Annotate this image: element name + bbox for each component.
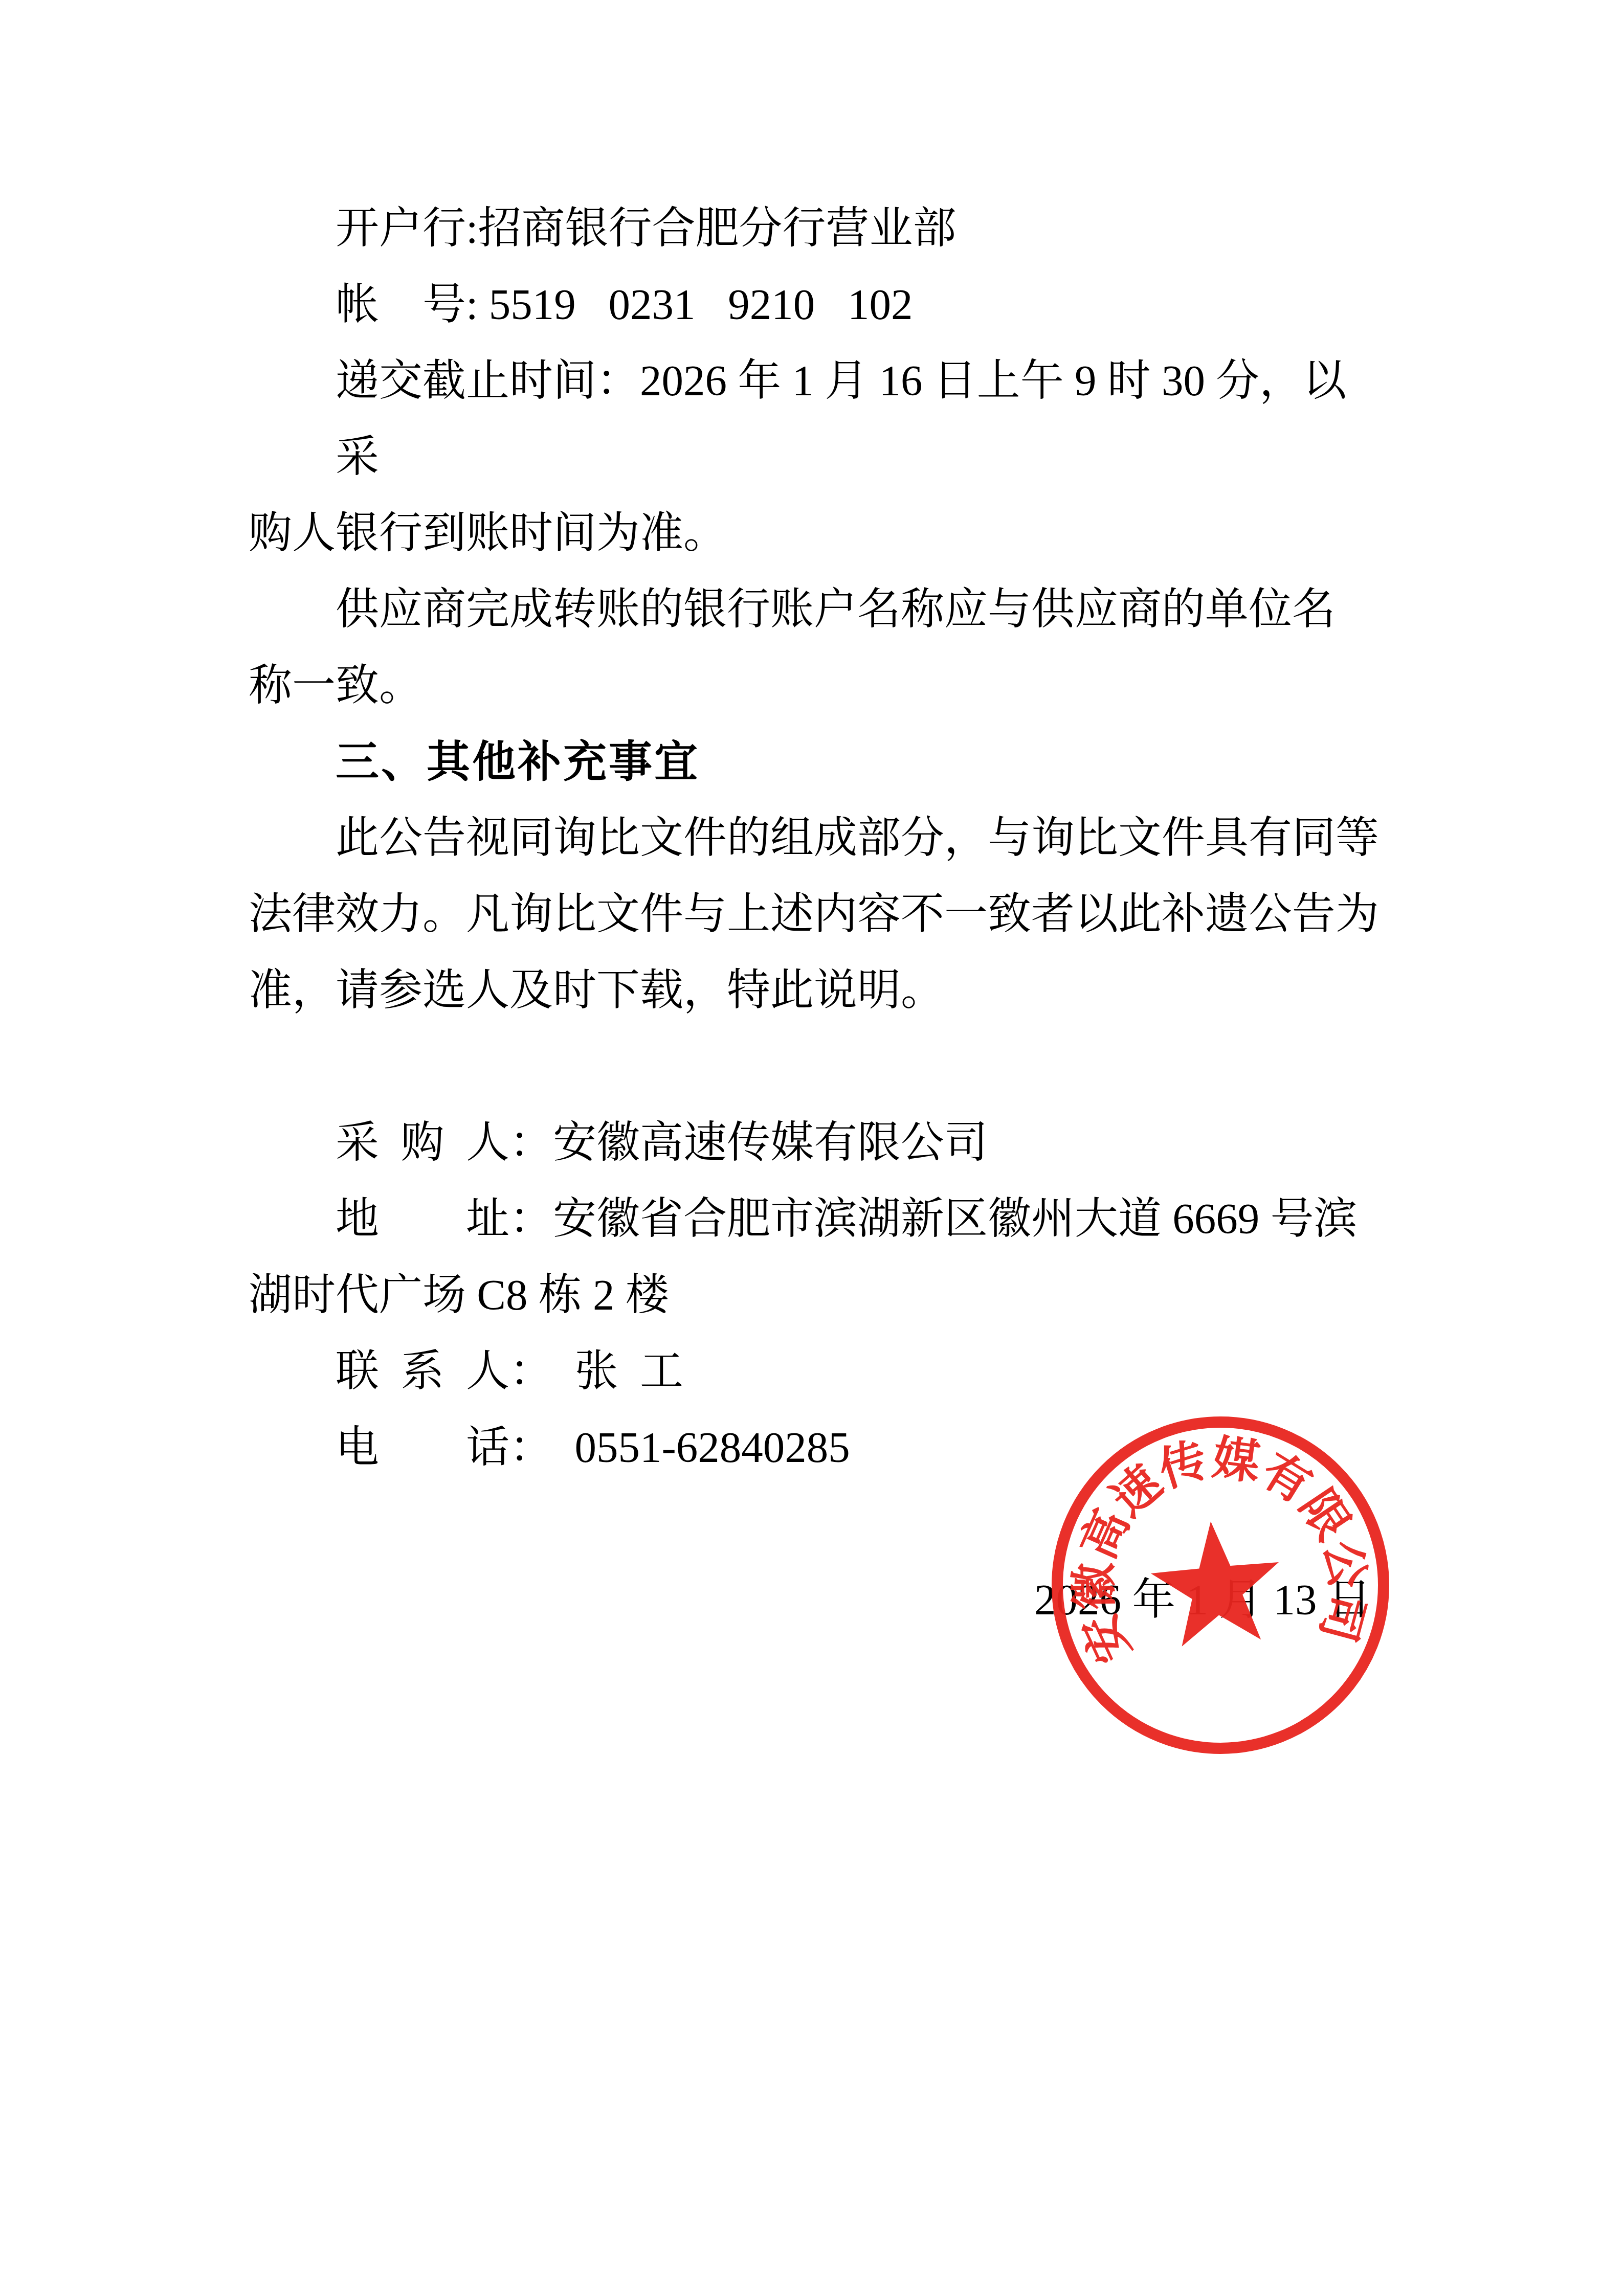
text-line-supplier-1: 供应商完成转账的银行账户名称应与供应商的单位名	[249, 572, 1389, 648]
seal-char: 公	[1315, 1537, 1374, 1592]
text-line-bank-name: 开户行:招商银行合肥分行营业部	[249, 191, 1389, 267]
text-line-notice-2: 法律效力。凡询比文件与上述内容不一致者以此补遗公告为	[249, 876, 1389, 953]
document-page: 开户行:招商银行合肥分行营业部 帐 号: 5519 0231 9210 102 …	[0, 0, 1624, 2296]
seal-char: 媒	[1210, 1432, 1263, 1490]
text-line-contact: 联 系 人： 张 工	[249, 1334, 1389, 1410]
text-line-address-1: 地 址：安徽省合肥市滨湖新区徽州大道 6669 号滨	[249, 1181, 1389, 1257]
text-line-address-2: 湖时代广场 C8 栋 2 楼	[249, 1257, 1389, 1334]
company-seal: 安 徽 高 速 传 媒 有 限 公 司	[1041, 1406, 1399, 1764]
seal-char: 司	[1310, 1588, 1373, 1647]
section-heading: 三、其他补充事宜	[249, 724, 1389, 800]
text-line-deadline-2: 购人银行到账时间为准。	[249, 496, 1389, 572]
text-line-deadline-1: 递交截止时间：2026 年 1 月 16 日上午 9 时 30 分，以采	[249, 343, 1389, 496]
blank-line	[249, 1029, 1389, 1105]
star-icon	[1147, 1516, 1285, 1649]
text-line-purchaser: 采 购 人：安徽高速传媒有限公司	[249, 1105, 1389, 1181]
seal-char: 徽	[1069, 1563, 1121, 1610]
text-line-account-number: 帐 号: 5519 0231 9210 102	[249, 267, 1389, 343]
text-line-supplier-2: 称一致。	[249, 648, 1389, 724]
seal-char: 安	[1073, 1606, 1140, 1671]
text-line-notice-1: 此公告视同询比文件的组成部分，与询比文件具有同等	[249, 800, 1389, 876]
text-line-notice-3: 准，请参选人及时下载，特此说明。	[249, 953, 1389, 1029]
